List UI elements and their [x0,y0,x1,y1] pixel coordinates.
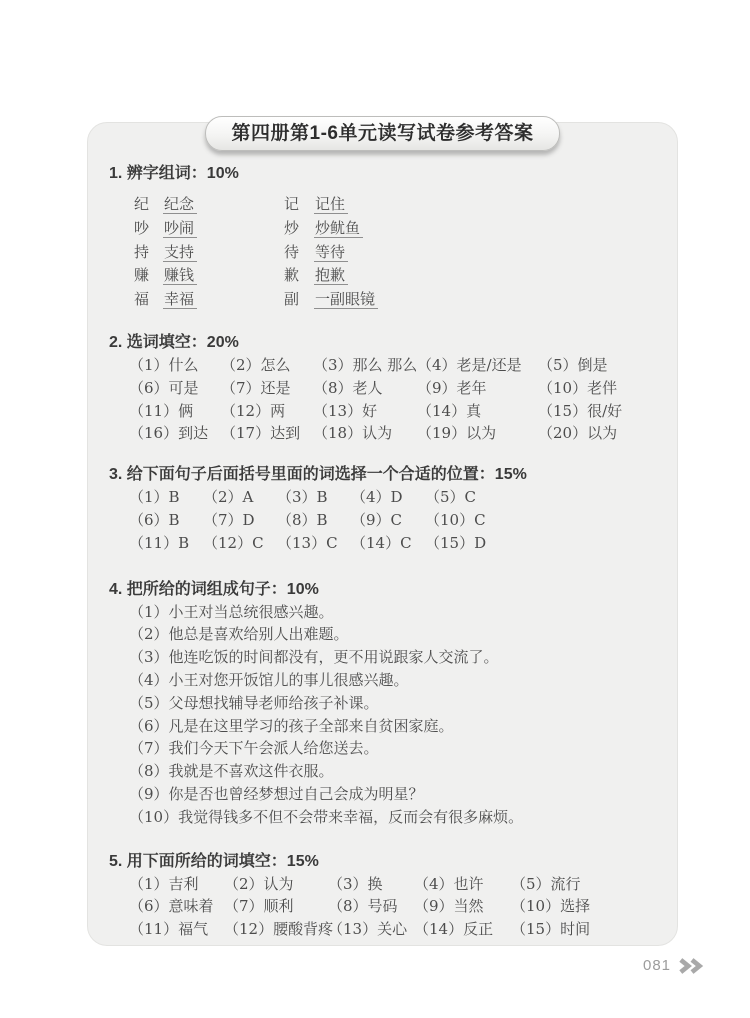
sentence-answer: （7）我们今天下午会派人给您送去。 [129,737,659,760]
answer-item: （14）C [351,532,425,555]
answer-cell: 一副眼镜 [314,288,659,312]
word-pair-row: 吵 吵闹 炒 炒鱿鱼 [134,217,659,241]
word-pair-row: 赚 赚钱 歉 抱歉 [134,264,659,288]
character-prompt: 持 [134,241,163,265]
answer-item: （16）到达 [129,422,221,445]
sentence-answer: （9）你是否也曾经梦想过自己会成为明星？ [129,783,659,806]
answer-item: （15）很/好 [538,400,659,423]
answer-item: （1）B [129,486,203,509]
section-2-heading: 2. 选词填空：20% [109,332,659,354]
answer-item: （11）B [129,532,203,555]
answer-item: （1）什么 [129,354,221,377]
answer-item: （15）时间 [511,918,659,941]
answer-cell: 支持 [163,241,284,265]
word-pair-row: 福 幸福 副 一副眼镜 [134,288,659,312]
sentence-answer: （4）小王对您开饭馆儿的事儿很感兴趣。 [129,669,659,692]
answer-cell: 炒鱿鱼 [314,217,659,241]
word-answer: 赚钱 [163,266,197,285]
answer-item: （6）意味着 [129,895,224,918]
answer-item: （12）C [203,532,277,555]
answer-item: （7）顺利 [224,895,328,918]
answer-item: （13）关心 [328,918,414,941]
character-prompt: 赚 [134,264,163,288]
section-1-rows: 纪 纪念 记 记住 吵 吵闹 炒 炒鱿鱼 持 支持 待 等待 赚 赚钱 歉 [134,193,659,312]
section-5-answers: （1）吉利 （2）认为 （3）换 （4）也许 （5）流行 （6）意味着 （7）顺… [129,873,659,941]
answer-item: （4）D [351,486,425,509]
answer-item: （15）D [425,532,659,555]
answer-item: （3）换 [328,873,414,896]
double-right-chevron-icon [678,958,706,974]
section-4-heading: 4. 把所给的词组成句子：10% [109,579,659,601]
answer-item: （11）俩 [129,400,221,423]
page-number: 081 [643,957,671,974]
answer-item: （2）认为 [224,873,328,896]
character-prompt: 炒 [284,217,314,241]
section-4-answers: （1）小王对当总统很感兴趣。 （2）他总是喜欢给别人出难题。 （3）他连吃饭的时… [129,601,659,829]
answer-item: （6）B [129,509,203,532]
answer-item: （5）C [425,486,659,509]
section-3-heading: 3. 给下面句子后面括号里面的词选择一个合适的位置：15% [109,464,659,486]
answer-item: （4）也许 [414,873,511,896]
answer-item: （9）当然 [414,895,511,918]
answer-item: （12）两 [221,400,313,423]
answer-cell: 幸福 [163,288,284,312]
word-answer: 记住 [314,195,348,214]
answer-item: （5）流行 [511,873,659,896]
answer-item: （5）倒是 [538,354,659,377]
answer-item: （2）A [203,486,277,509]
answer-cell: 纪念 [163,193,284,217]
answer-item: （10）选择 [511,895,659,918]
answer-item: （14）反正 [414,918,511,941]
answer-item: （13）C [277,532,351,555]
character-prompt: 歉 [284,264,314,288]
answer-item: （10）C [425,509,659,532]
answer-item: （19）以为 [417,422,538,445]
sentence-answer: （6）凡是在这里学习的孩子全部来自贫困家庭。 [129,715,659,738]
sentence-answer: （2）他总是喜欢给别人出难题。 [129,623,659,646]
answer-item: （20）以为 [538,422,659,445]
section-3-answers: （1）B （2）A （3）B （4）D （5）C （6）B （7）D （8）B … [129,486,659,554]
answer-item: （3）B [277,486,351,509]
answer-item: （7）还是 [221,377,313,400]
answers-panel: 第四册第1-6单元读写试卷参考答案 1. 辨字组词：10% 纪 纪念 记 记住 … [87,122,678,946]
word-answer: 炒鱿鱼 [314,219,363,238]
page-footer: 081 [643,957,706,974]
answer-item: （13）好 [313,400,417,423]
word-answer: 抱歉 [314,266,348,285]
word-answer: 一副眼镜 [314,290,378,309]
sentence-answer: （8）我就是不喜欢这件衣服。 [129,760,659,783]
section-5-heading: 5. 用下面所给的词填空：15% [109,851,659,873]
word-pair-row: 持 支持 待 等待 [134,241,659,265]
character-prompt: 吵 [134,217,163,241]
answer-item: （10）老伴 [538,377,659,400]
answer-item: （12）腰酸背疼 [224,918,328,941]
page-title: 第四册第1-6单元读写试卷参考答案 [232,123,534,144]
answer-item: （17）达到 [221,422,313,445]
title-pill: 第四册第1-6单元读写试卷参考答案 [205,116,561,151]
answer-item: （9）C [351,509,425,532]
character-prompt: 副 [284,288,314,312]
character-prompt: 待 [284,241,314,265]
sentence-answer: （5）父母想找辅导老师给孩子补课。 [129,692,659,715]
character-prompt: 纪 [134,193,163,217]
answer-item: （7）D [203,509,277,532]
word-answer: 幸福 [163,290,197,309]
word-pair-row: 纪 纪念 记 记住 [134,193,659,217]
answer-cell: 等待 [314,241,659,265]
answer-cell: 抱歉 [314,264,659,288]
word-answer: 支持 [163,243,197,262]
answer-item: （8）B [277,509,351,532]
answer-item: （9）老年 [417,377,538,400]
answer-item: （2）怎么 [221,354,313,377]
sentence-answer: （1）小王对当总统很感兴趣。 [129,601,659,624]
answer-item: （18）认为 [313,422,417,445]
word-answer: 纪念 [163,195,197,214]
section-2-answers: （1）什么 （2）怎么 （3）那么 那么 （4）老是/还是 （5）倒是 （6）可… [129,354,659,445]
answer-item: （8）老人 [313,377,417,400]
answer-item: （4）老是/还是 [417,354,538,377]
answer-item: （14）真 [417,400,538,423]
sentence-answer: （10）我觉得钱多不但不会带来幸福，反而会有很多麻烦。 [129,806,659,829]
word-answer: 吵闹 [163,219,197,238]
sentence-answer: （3）他连吃饭的时间都没有，更不用说跟家人交流了。 [129,646,659,669]
word-answer: 等待 [314,243,348,262]
answer-item: （6）可是 [129,377,221,400]
answer-item: （3）那么 那么 [313,354,417,377]
answer-item: （8）号码 [328,895,414,918]
answer-item: （1）吉利 [129,873,224,896]
section-1-heading: 1. 辨字组词：10% [109,163,659,185]
answer-cell: 记住 [314,193,659,217]
answer-item: （11）福气 [129,918,224,941]
character-prompt: 记 [284,193,314,217]
answer-cell: 吵闹 [163,217,284,241]
answer-cell: 赚钱 [163,264,284,288]
character-prompt: 福 [134,288,163,312]
